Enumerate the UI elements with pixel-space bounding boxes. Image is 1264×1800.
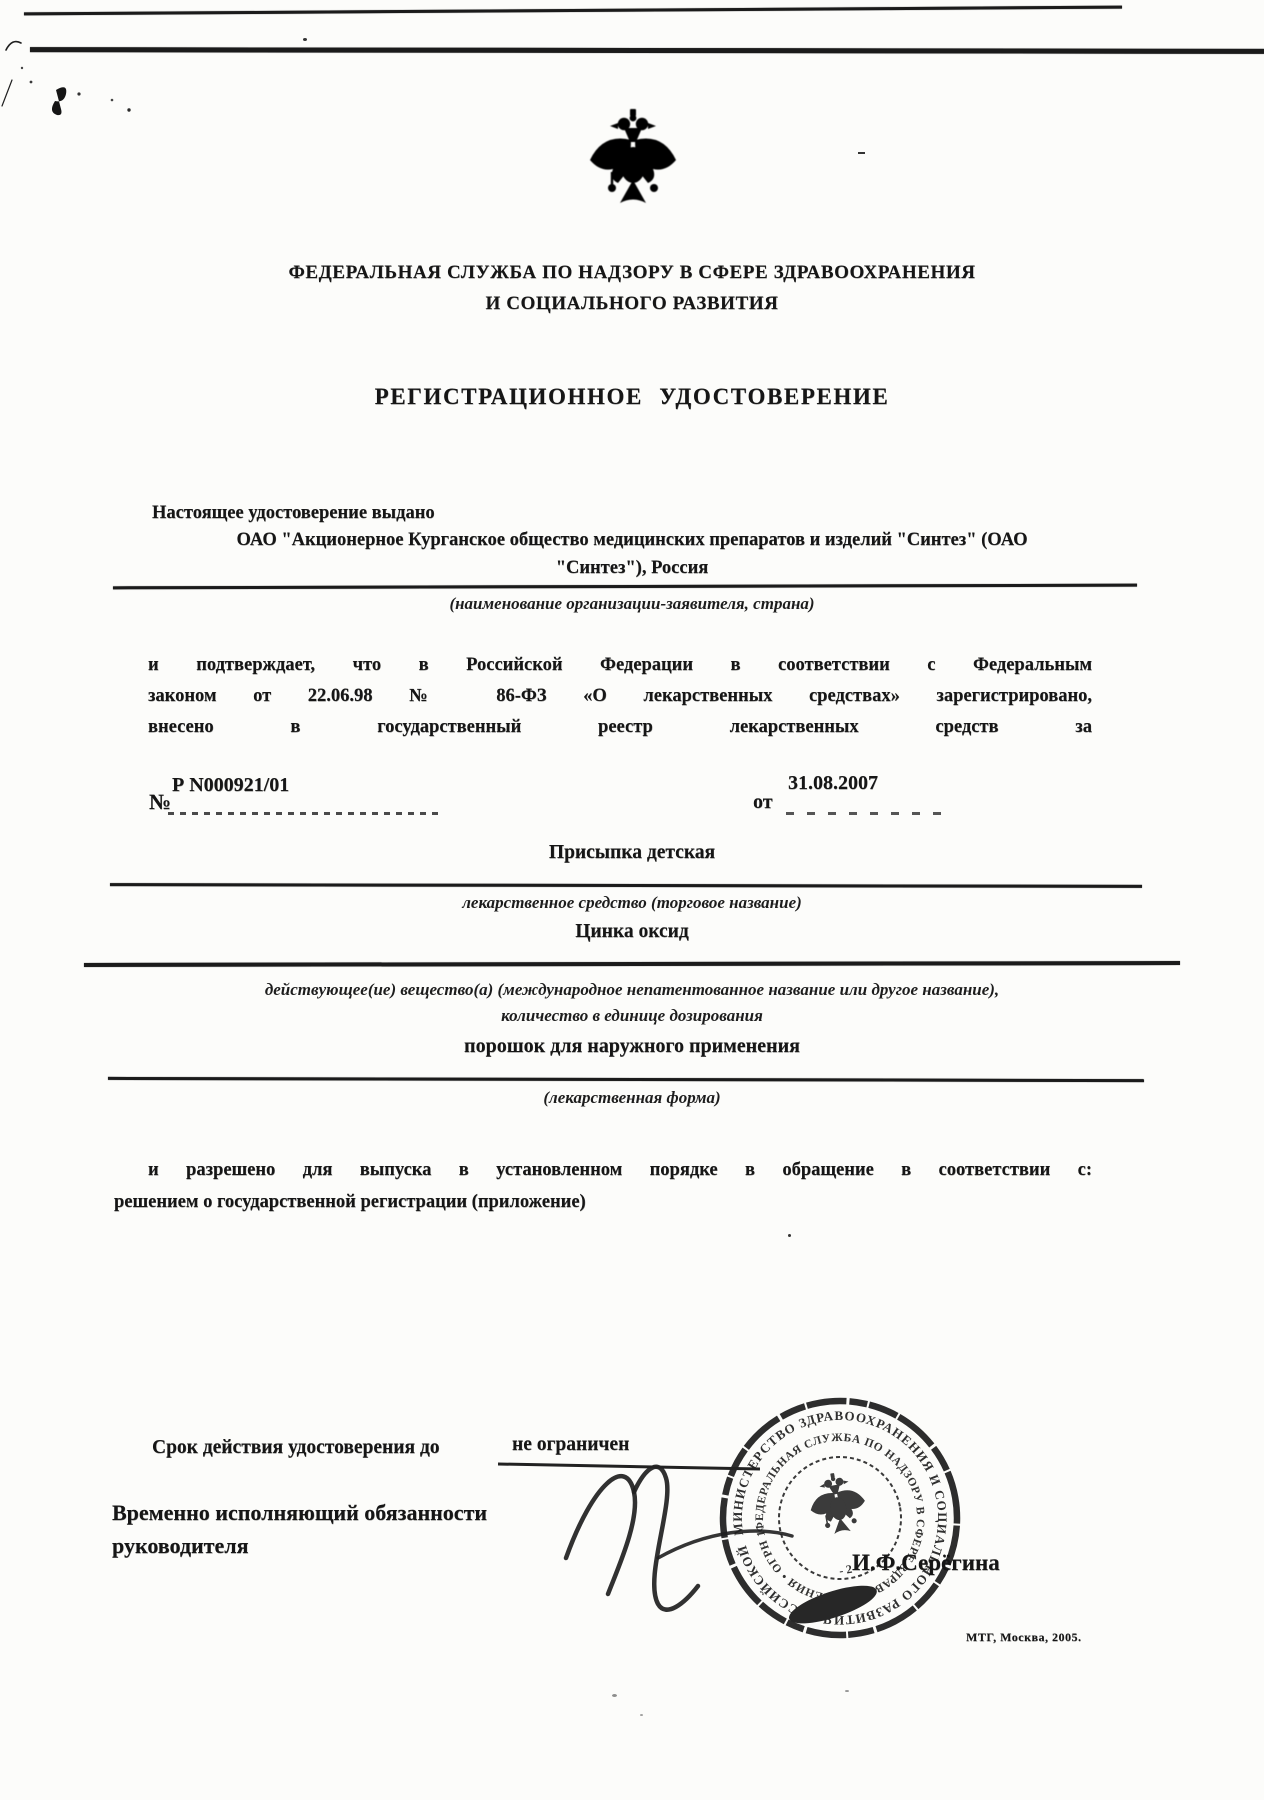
confirm-paragraph-line1: и подтверждает, что в Российской Федерац… (148, 655, 1092, 676)
agency-name-line2: И СОЦИАЛЬНОГО РАЗВИТИЯ (0, 293, 1264, 315)
organization-name-line2: "Синтез"), Россия (117, 558, 1147, 579)
release-paragraph-line2: решением о государственной регистрации (… (114, 1192, 586, 1213)
substance-name: Цинка оксид (0, 921, 1264, 943)
rule-under-trade-name (110, 883, 1142, 888)
signer-title-line1: Временно исполняющий обязанности (112, 1500, 487, 1526)
scan-speck (612, 1694, 617, 1697)
release-paragraph-line1: и разрешено для выпуска в установленном … (148, 1160, 1092, 1181)
signer-title-line2: руководителя (112, 1533, 249, 1559)
printer-mark: МТГ, Москва, 2005. (966, 1630, 1082, 1645)
scan-smudge (0, 28, 150, 128)
dosage-form: порошок для наружного применения (0, 1035, 1264, 1058)
signer-name: И.Ф.Серёгина (852, 1550, 1000, 1576)
rule-under-dosage-form (108, 1077, 1144, 1082)
scan-speck (788, 1234, 791, 1237)
confirm-paragraph-line2: законом от 22.06.98 № 86-ФЗ «О лекарстве… (148, 686, 1092, 707)
registration-number-value: Р N000921/01 (172, 774, 289, 797)
top-hairline (24, 6, 1122, 16)
dosage-form-caption: (лекарственная форма) (0, 1088, 1264, 1108)
document-title: РЕГИСТРАЦИОННОЕ УДОСТОВЕРЕНИЕ (0, 384, 1264, 410)
trade-name: Присыпка детская (0, 842, 1264, 864)
issued-intro: Настоящее удостоверение выдано (152, 503, 435, 524)
registration-date-label: от (753, 791, 773, 814)
scan-speck (845, 1690, 849, 1692)
agency-name-line1: ФЕДЕРАЛЬНАЯ СЛУЖБА ПО НАДЗОРУ В СФЕРЕ ЗД… (0, 262, 1264, 284)
top-thick-line (30, 47, 1264, 54)
confirm-paragraph-line3: внесено в государственный реестр лекарст… (148, 717, 1092, 738)
scan-speck (640, 1714, 643, 1716)
organization-caption: (наименование организации-заявителя, стр… (0, 594, 1264, 614)
coat-of-arms-eagle-icon (583, 104, 683, 212)
substance-caption-line1: действующее(ие) вещество(а) (международн… (0, 980, 1264, 1000)
substance-caption-line2: количество в единице дозирования (0, 1006, 1264, 1026)
organization-name-line1: ОАО "Акционерное Курганское общество мед… (117, 530, 1147, 551)
scan-speck (303, 38, 307, 41)
rule-under-substance (84, 961, 1180, 966)
registration-date-value: 31.08.2007 (788, 772, 878, 795)
validity-value: не ограничен (512, 1434, 629, 1456)
validity-label: Срок действия удостоверения до (152, 1437, 440, 1459)
trade-name-caption: лекарственное средство (торговое названи… (0, 893, 1264, 913)
registration-date-line (786, 812, 944, 815)
scanned-certificate-page: ФЕДЕРАЛЬНАЯ СЛУЖБА ПО НАДЗОРУ В СФЕРЕ ЗД… (0, 0, 1264, 1800)
registration-number-line (168, 812, 440, 815)
scan-speck (858, 152, 865, 154)
rule-under-organization (113, 584, 1137, 590)
